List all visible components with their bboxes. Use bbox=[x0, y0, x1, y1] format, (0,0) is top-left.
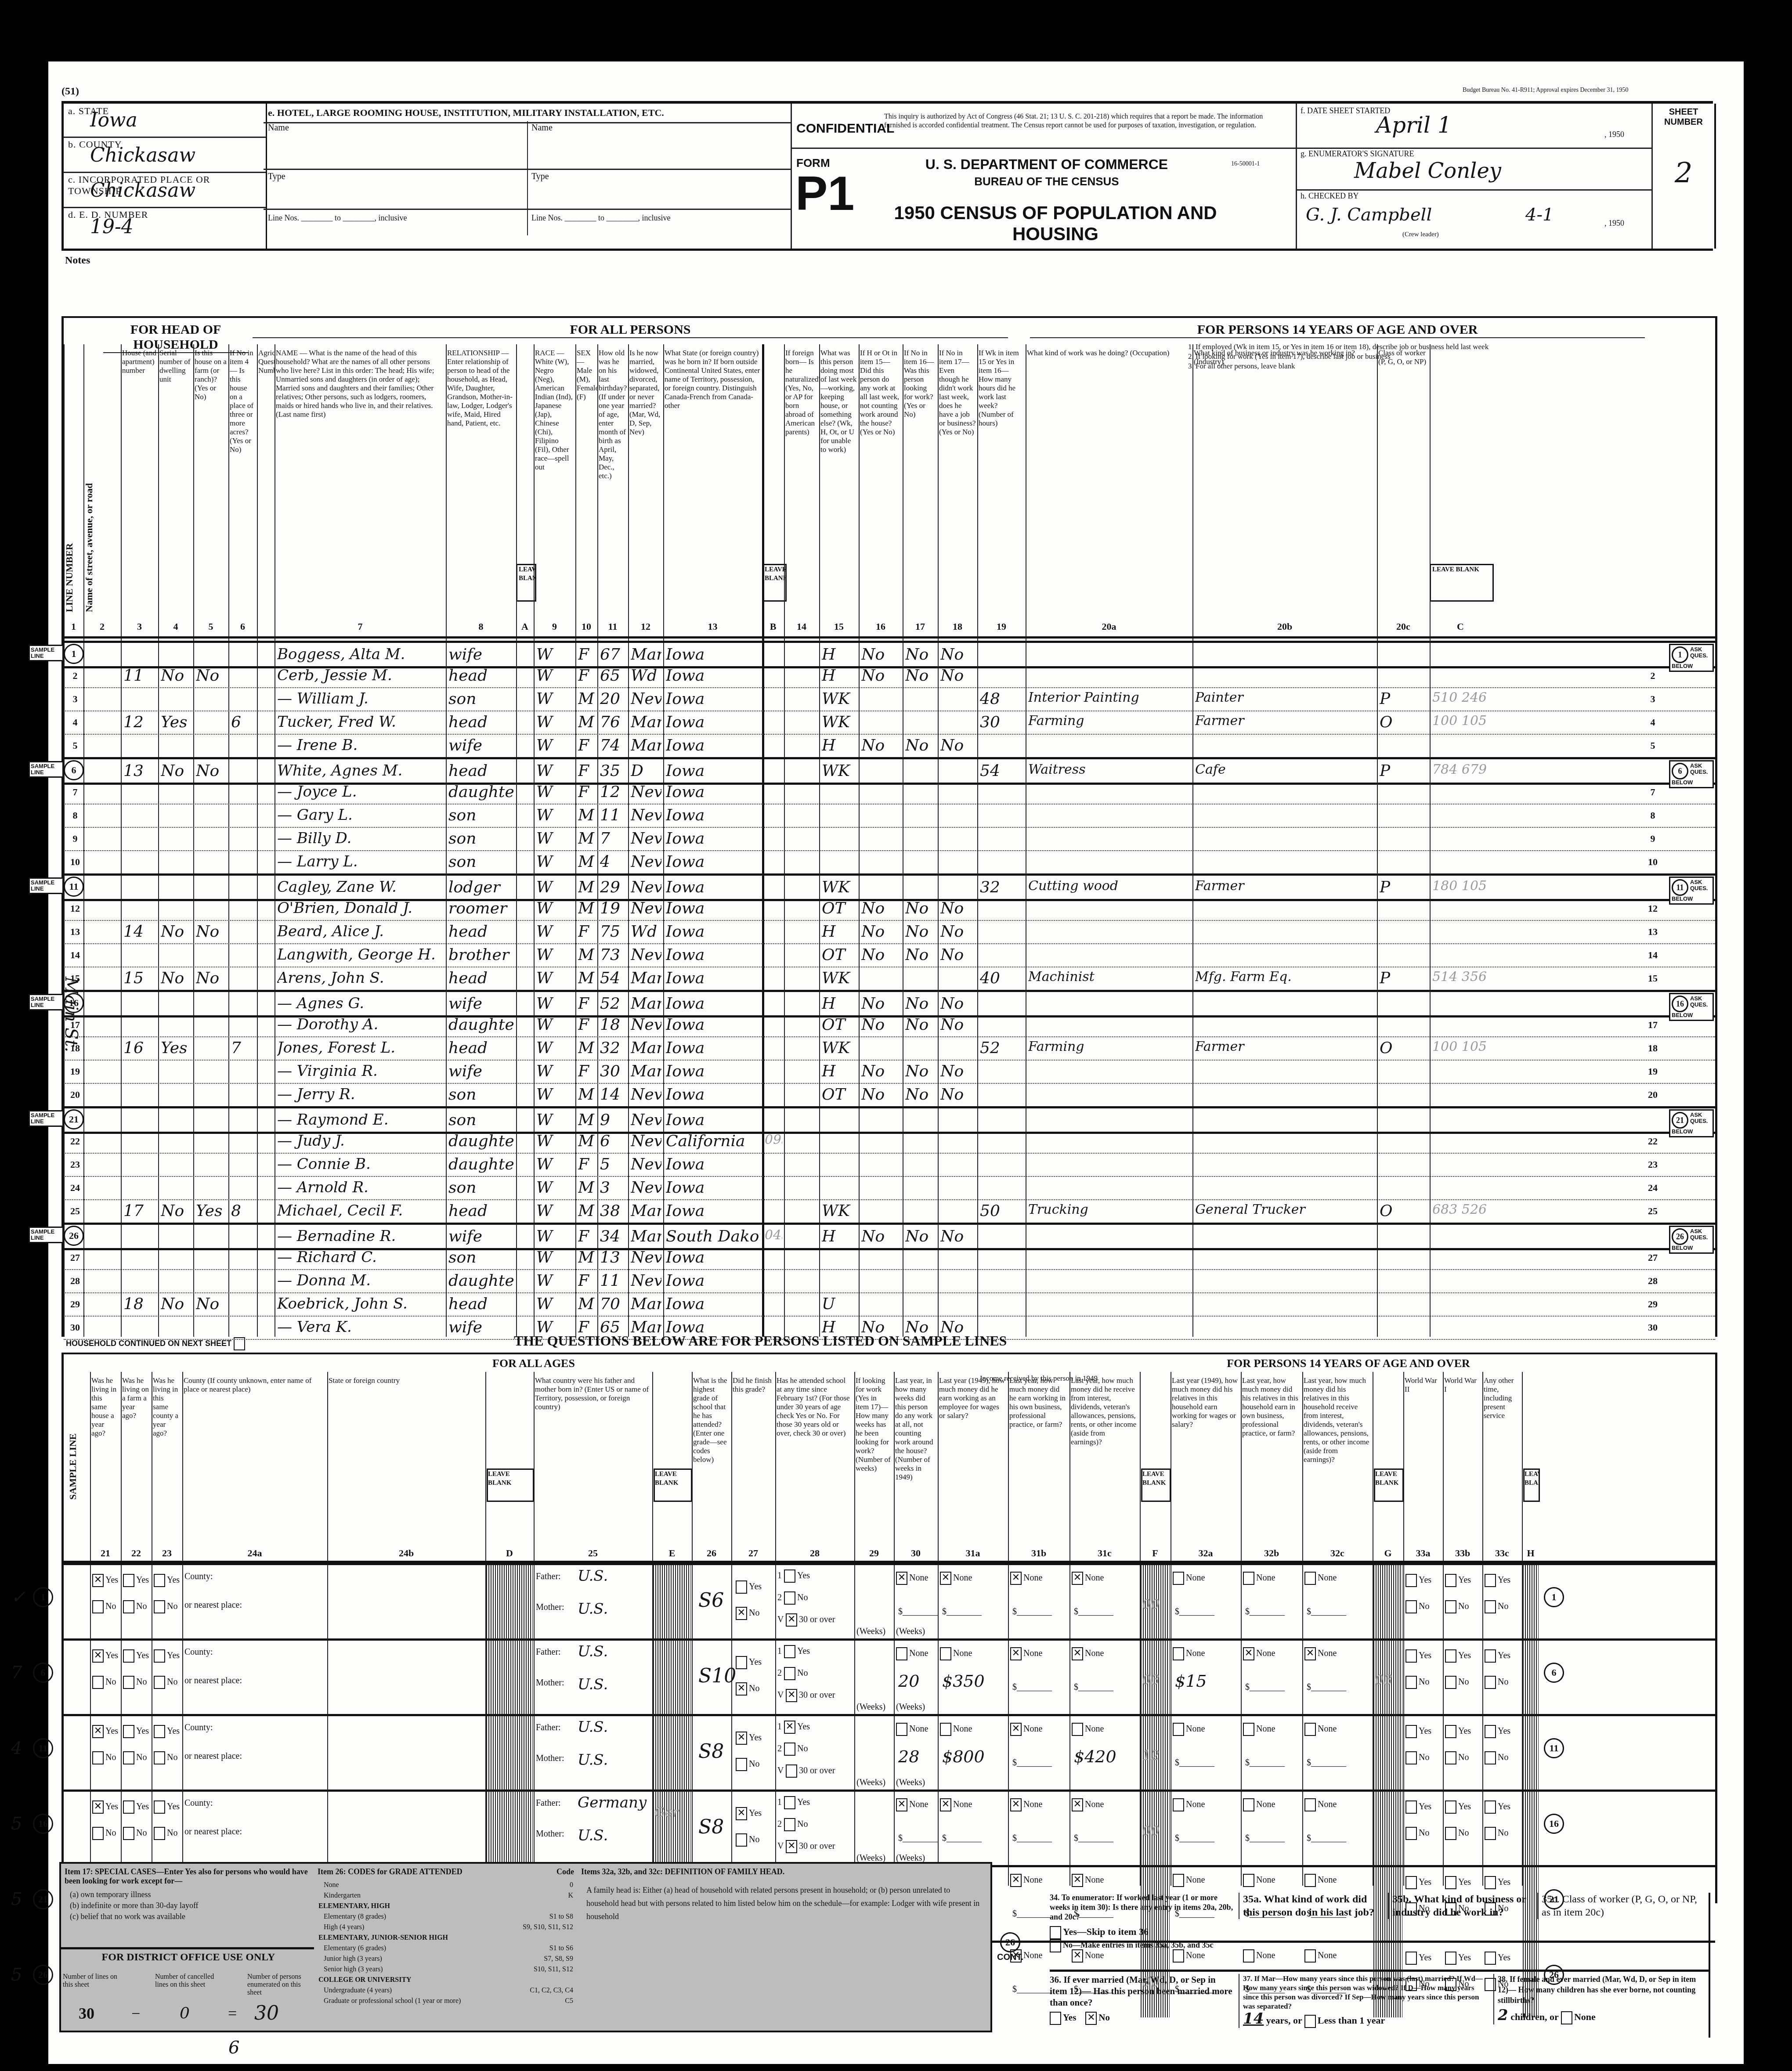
c33c-yes[interactable]: Yes bbox=[1485, 1574, 1510, 1587]
cell-marital: Nev bbox=[631, 946, 661, 964]
c33c-no[interactable]: No bbox=[1485, 1600, 1508, 1613]
cell-age: 18 bbox=[600, 1016, 626, 1034]
cell-c18: No bbox=[940, 923, 975, 941]
date-started: April 1 bbox=[1376, 112, 1452, 138]
county-label: County: bbox=[184, 1723, 213, 1733]
c33a-no[interactable]: No bbox=[1405, 1751, 1429, 1764]
finished-no[interactable]: ✕No bbox=[736, 1607, 759, 1620]
cell-acres: No bbox=[196, 762, 227, 780]
cell-agq: 8 bbox=[231, 1202, 255, 1220]
c33c-yes[interactable]: Yes bbox=[1485, 1725, 1510, 1738]
cell-age: 74 bbox=[600, 736, 626, 754]
column-header-11: How old was he on his last birthday? (If… bbox=[597, 349, 628, 612]
grade-code-row: None0 bbox=[314, 1880, 578, 1891]
c31c-none[interactable]: ✕None bbox=[1072, 1874, 1104, 1887]
family-head-box: Items 32a, 32b, and 32c: DEFINITION OF F… bbox=[578, 1862, 992, 2032]
school-yes[interactable]: 1 Yes bbox=[777, 1796, 810, 1809]
c23-no[interactable]: No bbox=[154, 1827, 177, 1840]
c23-yes[interactable]: Yes bbox=[154, 1574, 180, 1587]
cell-rel: head bbox=[448, 969, 514, 987]
c32b-none[interactable]: None bbox=[1243, 1723, 1275, 1736]
cell-race: W bbox=[536, 1111, 574, 1129]
cell-sex: M bbox=[578, 1179, 596, 1197]
school-no[interactable]: 2 No bbox=[777, 1818, 808, 1831]
finished-no[interactable]: ✕No bbox=[736, 1682, 759, 1696]
column-header-20c: Class of worker (P, G, O, or NP) bbox=[1377, 349, 1430, 612]
cell-marital: Mar bbox=[631, 995, 661, 1013]
c32b-amount[interactable]: $________ bbox=[1245, 1833, 1285, 1844]
cell-marital: Mar bbox=[631, 1202, 661, 1220]
corner-code: (51) bbox=[61, 86, 79, 97]
c32b-none[interactable]: None bbox=[1243, 1798, 1275, 1811]
cell-occ: Interior Painting bbox=[1028, 690, 1191, 705]
q36-yes-checkbox[interactable] bbox=[1050, 2012, 1061, 2025]
c31b-none[interactable]: ✕None bbox=[1010, 1723, 1042, 1736]
c33a-yes[interactable]: Yes bbox=[1405, 1725, 1431, 1738]
cell-race: W bbox=[536, 736, 574, 754]
table-row: 2727— Richard C.sonWM13NevIowa bbox=[64, 1246, 1715, 1270]
c33b-no[interactable]: No bbox=[1445, 1751, 1469, 1764]
column-header-4: Serial number of dwelling unit bbox=[158, 349, 193, 612]
grade-code-row: Undergraduate (4 years)C1, C2, C3, C4 bbox=[314, 1985, 578, 1996]
c32b-amount[interactable]: $________ bbox=[1245, 1607, 1285, 1617]
c33c-no[interactable]: No bbox=[1485, 1827, 1508, 1840]
cell-age: 12 bbox=[600, 783, 626, 801]
leave-blank-f-value: 00 bbox=[1142, 1822, 1160, 1839]
c31c-amount[interactable]: $________ bbox=[1074, 1682, 1113, 1692]
c33c-yes[interactable]: Yes bbox=[1485, 1649, 1510, 1663]
cell-hours: 30 bbox=[980, 713, 1024, 731]
c31c-none[interactable]: ✕None bbox=[1072, 1647, 1104, 1660]
table-row: 99— Billy D.sonWM7NevIowa bbox=[64, 827, 1715, 851]
c33b-yes[interactable]: Yes bbox=[1445, 1574, 1471, 1587]
c23-no[interactable]: No bbox=[154, 1600, 177, 1613]
table-row: 2828— Donna M.daughterWF11NevIowa bbox=[64, 1269, 1715, 1293]
column-header-7: NAME — What is the name of the head of t… bbox=[275, 349, 446, 612]
q34-no-checkbox[interactable] bbox=[1050, 1939, 1061, 1952]
c33b-yes[interactable]: Yes bbox=[1445, 1800, 1471, 1814]
c22-no[interactable]: No bbox=[123, 1751, 147, 1764]
column-header-15: What was this person doing most of last … bbox=[819, 349, 859, 612]
county-value: Chickasaw bbox=[90, 144, 195, 166]
c32b-none[interactable]: None bbox=[1243, 1572, 1275, 1585]
cell-acres: No bbox=[196, 923, 227, 941]
leave-blank-f-value: 03 bbox=[1142, 1671, 1160, 1688]
c32c-amount[interactable]: $________ bbox=[1307, 1607, 1346, 1617]
c22-no[interactable]: No bbox=[123, 1676, 147, 1689]
c32a-none[interactable]: None bbox=[1173, 1874, 1205, 1887]
finished-yes[interactable]: ✕Yes bbox=[736, 1732, 762, 1745]
cell-age: 35 bbox=[600, 762, 626, 780]
margin-mark: 5 bbox=[11, 1889, 22, 1909]
c33b-no[interactable]: No bbox=[1445, 1827, 1469, 1840]
line-number-right: 17 bbox=[1644, 1019, 1662, 1031]
grade-codes-box: Item 26: CODES for GRADE ATTENDEDCode No… bbox=[314, 1862, 579, 2032]
column-number-8: 8 bbox=[446, 621, 516, 632]
finished-yes[interactable]: Yes bbox=[736, 1656, 762, 1669]
c31a-amount[interactable]: $________ bbox=[942, 1833, 982, 1844]
c31b-none[interactable]: ✕None bbox=[1010, 1874, 1042, 1887]
c32c-amount[interactable]: $________ bbox=[1307, 1758, 1346, 1768]
cell-birthplace: Iowa bbox=[666, 1155, 760, 1173]
cell-race: W bbox=[536, 1179, 574, 1197]
c30-value: 20 bbox=[898, 1671, 919, 1691]
weeks-label-30: (Weeks) bbox=[896, 1778, 925, 1788]
sample-line-badge: SAMPLE LINE bbox=[29, 761, 64, 778]
sample-line-number-right: 6 bbox=[1544, 1663, 1564, 1683]
line-number: 10 bbox=[66, 856, 84, 868]
line-number-right: 25 bbox=[1644, 1205, 1662, 1217]
cell-cls: P bbox=[1380, 969, 1428, 987]
sample-col-number: G bbox=[1373, 1548, 1403, 1559]
c30-amount[interactable]: $________ bbox=[898, 1607, 938, 1617]
sample-header-E: LEAVE BLANK bbox=[654, 1468, 692, 1502]
c33c-yes[interactable]: Yes bbox=[1485, 1876, 1510, 1889]
cell-hours: 32 bbox=[980, 878, 1024, 896]
c21-yes[interactable]: ✕Yes bbox=[92, 1725, 118, 1738]
persons-enumerated: 30 bbox=[254, 2002, 279, 2024]
c30-none[interactable]: ✕None bbox=[896, 1572, 928, 1585]
sample-col-number: D bbox=[485, 1548, 534, 1559]
finished-no[interactable]: No bbox=[736, 1758, 759, 1771]
cell-sex: F bbox=[578, 736, 596, 754]
school-no[interactable]: 2 No bbox=[777, 1667, 808, 1680]
sample-questions: FOR ALL AGES FOR PERSONS 14 YEARS OF AGE… bbox=[61, 1353, 1717, 1903]
c33c-yes[interactable]: Yes bbox=[1485, 1800, 1510, 1814]
column-header-2: Name of street, avenue, or road bbox=[83, 349, 121, 612]
c30-none[interactable]: None bbox=[896, 1723, 928, 1736]
cell-c18: No bbox=[940, 995, 975, 1013]
cell-name: — Arnold R. bbox=[277, 1179, 444, 1196]
cell-code: 100 105 3 bbox=[1432, 713, 1489, 729]
leave-blank-g-value: 03 bbox=[1375, 1671, 1393, 1688]
cell-cls: P bbox=[1380, 878, 1428, 896]
c32a-none[interactable]: None bbox=[1173, 1798, 1205, 1811]
c22-yes[interactable]: Yes bbox=[123, 1725, 149, 1738]
c23-no[interactable]: No bbox=[154, 1751, 177, 1764]
c30-amount[interactable]: $________ bbox=[898, 1833, 938, 1844]
sample-row: 1✓✕YesNoYesNoYesNoCounty:or nearest plac… bbox=[64, 1563, 1715, 1641]
cell-race: W bbox=[536, 1155, 574, 1173]
cell-birthplace: Iowa bbox=[666, 1295, 760, 1313]
c31b-none[interactable]: ✕None bbox=[1010, 1798, 1042, 1811]
c21-yes[interactable]: ✕Yes bbox=[92, 1800, 118, 1814]
cell-race: W bbox=[536, 923, 574, 941]
cell-hours: 40 bbox=[980, 969, 1024, 987]
cell-activity: WK bbox=[822, 1039, 857, 1057]
line-number: 3 bbox=[66, 693, 84, 705]
c32a-amount[interactable]: $________ bbox=[1175, 1758, 1214, 1768]
c31c-none[interactable]: ✕None bbox=[1072, 1798, 1104, 1811]
cell-birthplace: Iowa bbox=[666, 1016, 760, 1034]
column-number-14: 14 bbox=[784, 621, 819, 632]
cell-sex: M bbox=[578, 899, 596, 917]
cell-c18: No bbox=[940, 1062, 975, 1080]
c31b-amount[interactable]: $________ bbox=[1012, 1833, 1052, 1844]
c33b-yes[interactable]: Yes bbox=[1445, 1649, 1471, 1663]
sample-col-number: 27 bbox=[731, 1548, 775, 1559]
q34: 34. To enumerator: If worked last year (… bbox=[1050, 1893, 1234, 1952]
cell-birthplace: Iowa bbox=[666, 899, 760, 917]
cell-sex: M bbox=[578, 690, 596, 708]
sample-header-c33a: World War II bbox=[1405, 1376, 1441, 1539]
sample-line-badge: SAMPLE LINE bbox=[29, 877, 64, 894]
sample-line-badge: SAMPLE LINE bbox=[29, 1110, 64, 1127]
c33b-no[interactable]: No bbox=[1445, 1600, 1469, 1613]
q36-no-checkbox[interactable]: ✕ bbox=[1085, 2012, 1097, 2025]
cell-house: 13 bbox=[123, 762, 156, 780]
column-number-18: 18 bbox=[938, 621, 977, 632]
table-row: 2211NoNoCerb, Jessie M.headWF65WdIowaHNo… bbox=[64, 664, 1715, 688]
cell-age: 38 bbox=[600, 1202, 626, 1220]
c32b-none[interactable]: ✕None bbox=[1243, 1647, 1275, 1660]
c22-yes[interactable]: Yes bbox=[123, 1649, 149, 1663]
line-number-right: 18 bbox=[1644, 1043, 1662, 1054]
school-30-over[interactable]: V ✕30 or over bbox=[777, 1613, 835, 1627]
c21-no[interactable]: No bbox=[92, 1751, 116, 1764]
c32c-none[interactable]: None bbox=[1304, 1572, 1337, 1585]
column-number-20a: 20a bbox=[1026, 621, 1192, 632]
c32a-amount[interactable]: $________ bbox=[1175, 1607, 1214, 1617]
line-number-right: 4 bbox=[1644, 717, 1662, 728]
cell-rel: head bbox=[448, 667, 514, 685]
cell-activity: H bbox=[822, 1227, 857, 1245]
cell-age: 14 bbox=[600, 1086, 626, 1104]
line-number: 14 bbox=[66, 949, 84, 961]
c33b-no[interactable]: No bbox=[1445, 1676, 1469, 1689]
c32c-none[interactable]: None bbox=[1304, 1798, 1337, 1811]
c32c-amount[interactable]: $________ bbox=[1307, 1833, 1346, 1844]
school-30-over[interactable]: V 30 or over bbox=[777, 1764, 835, 1778]
c32b-none[interactable]: None bbox=[1243, 1874, 1275, 1887]
column-number-6: 6 bbox=[228, 621, 257, 632]
school-30-over[interactable]: V ✕30 or over bbox=[777, 1689, 835, 1702]
c21-yes[interactable]: ✕Yes bbox=[92, 1649, 118, 1663]
c33c-no[interactable]: No bbox=[1485, 1751, 1508, 1764]
cell-birthplace: Iowa bbox=[666, 1111, 760, 1129]
mother-label: Mother: bbox=[536, 1829, 564, 1839]
column-header-13: What State (or foreign country) was he b… bbox=[663, 349, 762, 612]
grade-code-row: Elementary (6 grades)S1 to S6 bbox=[314, 1943, 578, 1954]
c22-no[interactable]: No bbox=[123, 1600, 147, 1613]
c31a-amount[interactable]: $________ bbox=[942, 1607, 982, 1617]
cell-ind: Farmer bbox=[1195, 878, 1375, 894]
mother-birthplace: U.S. bbox=[578, 1827, 608, 1844]
sample-header-c22: Was he living on a farm a year ago? bbox=[122, 1376, 149, 1539]
c32b-amount[interactable]: $________ bbox=[1245, 1758, 1285, 1768]
cell-activity: H bbox=[822, 995, 857, 1013]
c21-no[interactable]: No bbox=[92, 1676, 116, 1689]
c32b-amount[interactable]: $________ bbox=[1245, 1682, 1285, 1692]
c32c-none[interactable]: None bbox=[1304, 1874, 1337, 1887]
cell-rel: daughter bbox=[448, 1132, 514, 1150]
c31c-amount[interactable]: $________ bbox=[1074, 1607, 1113, 1617]
cell-sex: M bbox=[578, 830, 596, 848]
line-number-right: 8 bbox=[1644, 810, 1662, 821]
column-number-3: 3 bbox=[121, 621, 158, 632]
c33a-yes[interactable]: Yes bbox=[1405, 1649, 1431, 1663]
c33a-yes[interactable]: Yes bbox=[1405, 1574, 1431, 1587]
cell-age: 11 bbox=[600, 806, 626, 824]
sample-line-number: 6 bbox=[33, 1663, 53, 1683]
c32a-none[interactable]: None bbox=[1173, 1572, 1205, 1585]
sample-header-D: LEAVE BLANK bbox=[487, 1468, 534, 1502]
c31b-amount[interactable]: $________ bbox=[1012, 1984, 1052, 1995]
c31b-amount[interactable]: $________ bbox=[1012, 1607, 1052, 1617]
finished-no[interactable]: No bbox=[736, 1833, 759, 1847]
school-no[interactable]: 2 No bbox=[777, 1743, 808, 1756]
c33a-no[interactable]: No bbox=[1405, 1827, 1429, 1840]
c31a-none[interactable]: ✕None bbox=[940, 1798, 972, 1811]
cell-rel: daughter bbox=[448, 783, 514, 801]
c31b-amount[interactable]: $________ bbox=[1012, 1758, 1052, 1768]
c21-no[interactable]: No bbox=[92, 1827, 116, 1840]
c33a-no[interactable]: No bbox=[1405, 1676, 1429, 1689]
c31a-none[interactable]: None bbox=[940, 1723, 972, 1736]
q37-less-checkbox[interactable] bbox=[1304, 2015, 1316, 2028]
c33a-yes[interactable]: Yes bbox=[1405, 1876, 1431, 1889]
school-no[interactable]: 2 No bbox=[777, 1591, 808, 1605]
c33a-no[interactable]: No bbox=[1405, 1600, 1429, 1613]
c33b-yes[interactable]: Yes bbox=[1445, 1725, 1471, 1738]
line-number-right: 22 bbox=[1644, 1136, 1662, 1147]
cell-rel: daughter bbox=[448, 1155, 514, 1173]
line-number: 4 bbox=[66, 717, 84, 728]
c32a-none[interactable]: None bbox=[1173, 1647, 1205, 1660]
cell-farm: Yes bbox=[161, 713, 191, 731]
cell-rel: head bbox=[448, 923, 514, 941]
line-number: 9 bbox=[66, 833, 84, 844]
c31b-amount[interactable]: $________ bbox=[1012, 1909, 1052, 1919]
c22-no[interactable]: No bbox=[123, 1827, 147, 1840]
finished-yes[interactable]: ✕Yes bbox=[736, 1807, 762, 1820]
cell-c18: No bbox=[940, 1227, 975, 1245]
cell-rel: head bbox=[448, 1202, 514, 1220]
sample-header-c29: If looking for work (Yes in item 17)— Ho… bbox=[856, 1376, 892, 1539]
cell-race: W bbox=[536, 995, 574, 1013]
c31b-none[interactable]: ✕None bbox=[1010, 1572, 1042, 1585]
cell-c16: No bbox=[861, 1062, 901, 1080]
c32a-none[interactable]: None bbox=[1173, 1723, 1205, 1736]
column-header-6b: Agriculture Questionnaire Number bbox=[257, 349, 275, 612]
c31c-amount[interactable]: $________ bbox=[1074, 1833, 1113, 1844]
cell-birthplace: Iowa bbox=[666, 1272, 760, 1290]
cell-birthplace: Iowa bbox=[666, 1202, 760, 1220]
c30-none[interactable]: ✕None bbox=[896, 1798, 928, 1811]
c30-none[interactable]: None bbox=[896, 1647, 928, 1660]
cell-rel: head bbox=[448, 762, 514, 780]
cell-race: W bbox=[536, 946, 574, 964]
c32c-none[interactable]: None bbox=[1304, 1723, 1337, 1736]
line-number: 24 bbox=[66, 1182, 84, 1194]
margin-mark: ✓ bbox=[11, 1587, 26, 1607]
father-birthplace: U.S. bbox=[578, 1718, 608, 1736]
occupation-instructions: 1. If employed (Wk in item 15, or Yes in… bbox=[1188, 342, 1645, 371]
c31c-none[interactable]: None bbox=[1072, 1723, 1104, 1736]
sample-col-number: 32a bbox=[1171, 1548, 1241, 1559]
school-30-over[interactable]: V ✕30 or over bbox=[777, 1840, 835, 1853]
sample-header-c32b: Last year, how much money did his relati… bbox=[1242, 1376, 1300, 1539]
c33b-yes[interactable]: Yes bbox=[1445, 1876, 1471, 1889]
for-persons-14-over: FOR PERSONS 14 YEARS OF AGE AND OVER bbox=[1056, 1357, 1640, 1370]
c31a-none[interactable]: ✕None bbox=[940, 1572, 972, 1585]
grade-codes-list: None0KindergartenKELEMENTARY, HIGHElemen… bbox=[314, 1880, 578, 2006]
c21-no[interactable]: No bbox=[92, 1600, 116, 1613]
cell-c16: No bbox=[861, 923, 901, 941]
c33a-yes[interactable]: Yes bbox=[1405, 1800, 1431, 1814]
c31b-amount[interactable]: $________ bbox=[1012, 1682, 1052, 1692]
cell-marital: Mar bbox=[631, 713, 661, 731]
column-header-9: RACE — White (W), Negro (Neg), American … bbox=[534, 349, 575, 612]
cell-name: — Joyce L. bbox=[277, 783, 444, 801]
c31c-none[interactable]: ✕None bbox=[1072, 1572, 1104, 1585]
line-number-right: 29 bbox=[1644, 1299, 1662, 1310]
sample-header-c32a: Last year (1949), how much money did his… bbox=[1172, 1376, 1239, 1539]
c32c-none[interactable]: ✕None bbox=[1304, 1647, 1337, 1660]
c31b-none[interactable]: ✕None bbox=[1010, 1647, 1042, 1660]
cell-race: W bbox=[536, 1248, 574, 1266]
c23-no[interactable]: No bbox=[154, 1676, 177, 1689]
cell-race: W bbox=[536, 969, 574, 987]
institution-col-1: Name Type Line Nos. ________ to ________… bbox=[264, 121, 528, 235]
c22-yes[interactable]: Yes bbox=[123, 1574, 149, 1587]
column-header-12: Is he now married, widowed, divorced, se… bbox=[628, 349, 663, 612]
cell-rel: brother bbox=[448, 946, 514, 964]
cell-c16: No bbox=[861, 646, 901, 664]
c33c-no[interactable]: No bbox=[1485, 1676, 1508, 1689]
cell-birthplace: Iowa bbox=[666, 783, 760, 801]
cell-sex: M bbox=[578, 946, 596, 964]
q38-none-checkbox[interactable] bbox=[1561, 2011, 1572, 2024]
cell-name: — Dorothy A. bbox=[277, 1016, 444, 1033]
cell-b: 093 bbox=[765, 1132, 782, 1147]
c23-yes[interactable]: Yes bbox=[154, 1800, 180, 1814]
c31a-none[interactable]: None bbox=[940, 1647, 972, 1660]
cell-age: 5 bbox=[600, 1155, 626, 1173]
cell-activity: H bbox=[822, 1062, 857, 1080]
c23-yes[interactable]: Yes bbox=[154, 1725, 180, 1738]
cell-c18: No bbox=[940, 646, 975, 664]
school-yes[interactable]: 1 Yes bbox=[777, 1645, 810, 1658]
cell-rel: wife bbox=[448, 736, 514, 754]
school-yes[interactable]: 1 ✕Yes bbox=[777, 1721, 810, 1734]
household-continued-checkbox[interactable] bbox=[234, 1337, 245, 1350]
finished-yes[interactable]: Yes bbox=[736, 1580, 762, 1594]
bottom-mark: 6 bbox=[228, 2038, 239, 2058]
cell-marital: Mar bbox=[631, 1062, 661, 1080]
school-yes[interactable]: 1 Yes bbox=[777, 1569, 810, 1583]
column-header-20a: What kind of work was he doing? (Occupat… bbox=[1026, 349, 1192, 612]
cell-activity: WK bbox=[822, 1202, 857, 1220]
c32a-amount[interactable]: $________ bbox=[1175, 1833, 1214, 1844]
cell-sex: M bbox=[578, 853, 596, 871]
cell-rel: son bbox=[448, 1111, 514, 1129]
cell-name: Arens, John S. bbox=[277, 969, 444, 987]
c22-yes[interactable]: Yes bbox=[123, 1800, 149, 1814]
cell-acres: No bbox=[196, 969, 227, 987]
c21-yes[interactable]: ✕Yes bbox=[92, 1574, 118, 1587]
cell-name: — Gary L. bbox=[277, 806, 444, 824]
sheet-number: 2 bbox=[1653, 157, 1714, 190]
column-number-7: 7 bbox=[275, 621, 446, 632]
c23-yes[interactable]: Yes bbox=[154, 1649, 180, 1663]
cell-sex: M bbox=[578, 1132, 596, 1150]
sample-col-number: 30 bbox=[894, 1548, 938, 1559]
c32c-amount[interactable]: $________ bbox=[1307, 1682, 1346, 1692]
sample-col-number: 33a bbox=[1403, 1548, 1443, 1559]
sample-header-c30: Last year, in how many weeks did this pe… bbox=[895, 1376, 936, 1539]
q34-yes-checkbox[interactable] bbox=[1050, 1926, 1061, 1939]
